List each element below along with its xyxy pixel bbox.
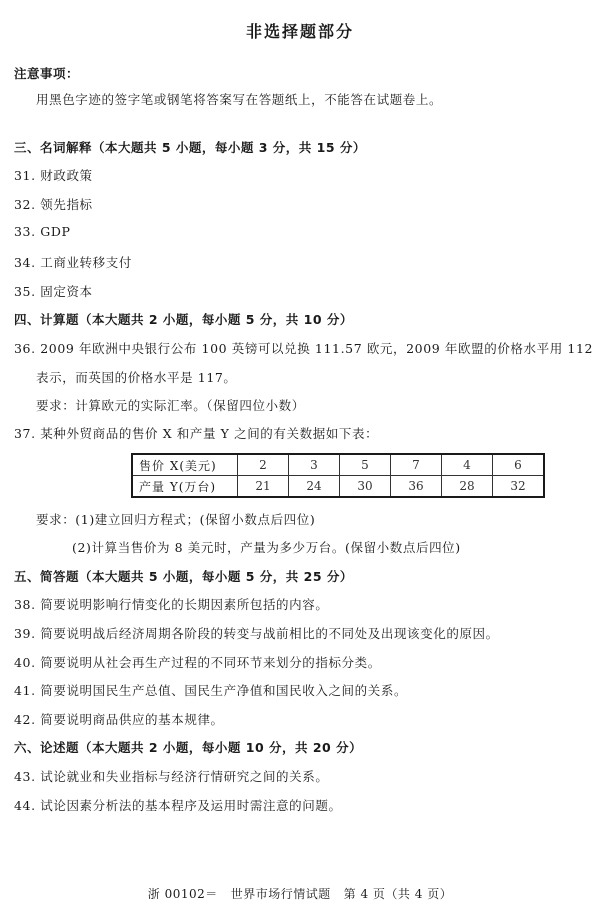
page-title: 非选择题部分 [0,19,600,42]
table-cell: 24 [289,476,340,498]
question-34: 34. 工商业转移支付 [14,253,132,271]
price-output-table: 售价 X(美元) 2 3 5 7 4 6 产量 Y(万台) 21 24 30 3… [131,453,545,498]
question-38: 38. 简要说明影响行情变化的长期因素所包括的内容。 [14,595,328,613]
row-label-output: 产量 Y(万台) [132,476,238,498]
question-36-requirement: 要求：计算欧元的实际汇率。（保留四位小数） [36,396,305,414]
question-36-line1: 36. 2009 年欧洲中央银行公布 100 英镑可以兑换 111.57 欧元，… [14,339,593,357]
question-42: 42. 简要说明商品供应的基本规律。 [14,710,224,728]
question-31: 31. 财政政策 [14,166,93,184]
section-heading-6: 六、论述题（本大题共 2 小题，每小题 10 分，共 20 分） [14,738,362,756]
notice-text: 用黑色字迹的签字笔或钢笔将答案写在答题纸上，不能答在试题卷上。 [36,90,442,108]
question-37-requirement-1: 要求：(1)建立回归方程式；(保留小数点后四位) [36,510,315,528]
question-35: 35. 固定资本 [14,282,93,300]
table-cell: 4 [442,454,493,476]
question-33: 33. GDP [14,224,70,239]
table-cell: 32 [493,476,545,498]
section-heading-3: 三、名词解释（本大题共 5 小题，每小题 3 分，共 15 分） [14,138,366,156]
table-row-price: 售价 X(美元) 2 3 5 7 4 6 [132,454,544,476]
question-40: 40. 简要说明从社会再生产过程的不同环节来划分的指标分类。 [14,653,381,671]
section-heading-4: 四、计算题（本大题共 2 小题，每小题 5 分，共 10 分） [14,310,353,328]
table-cell: 21 [238,476,289,498]
page-footer: 浙 00102＝ 世界市场行情试题 第 4 页（共 4 页） [0,885,600,902]
table-row-output: 产量 Y(万台) 21 24 30 36 28 32 [132,476,544,498]
question-37-intro: 37. 某种外贸商品的售价 X 和产量 Y 之间的有关数据如下表： [14,424,378,442]
question-41: 41. 简要说明国民生产总值、国民生产净值和国民收入之间的关系。 [14,681,407,699]
question-32: 32. 领先指标 [14,195,93,213]
question-44: 44. 试论因素分析法的基本程序及运用时需注意的问题。 [14,796,342,814]
table-cell: 6 [493,454,545,476]
table-cell: 30 [340,476,391,498]
table-cell: 36 [391,476,442,498]
table-cell: 7 [391,454,442,476]
question-43: 43. 试论就业和失业指标与经济行情研究之间的关系。 [14,767,328,785]
notice-heading: 注意事项： [14,64,79,82]
row-label-price: 售价 X(美元) [132,454,238,476]
question-36-line2: 表示，而英国的价格水平是 117。 [36,368,237,386]
table-cell: 5 [340,454,391,476]
question-37-requirement-2: (2)计算当售价为 8 美元时，产量为多少万台。(保留小数点后四位) [72,538,461,556]
section-heading-5: 五、简答题（本大题共 5 小题，每小题 5 分，共 25 分） [14,567,353,585]
table-cell: 28 [442,476,493,498]
question-39: 39. 简要说明战后经济周期各阶段的转变与战前相比的不同处及出现该变化的原因。 [14,624,499,642]
table-cell: 2 [238,454,289,476]
table-cell: 3 [289,454,340,476]
